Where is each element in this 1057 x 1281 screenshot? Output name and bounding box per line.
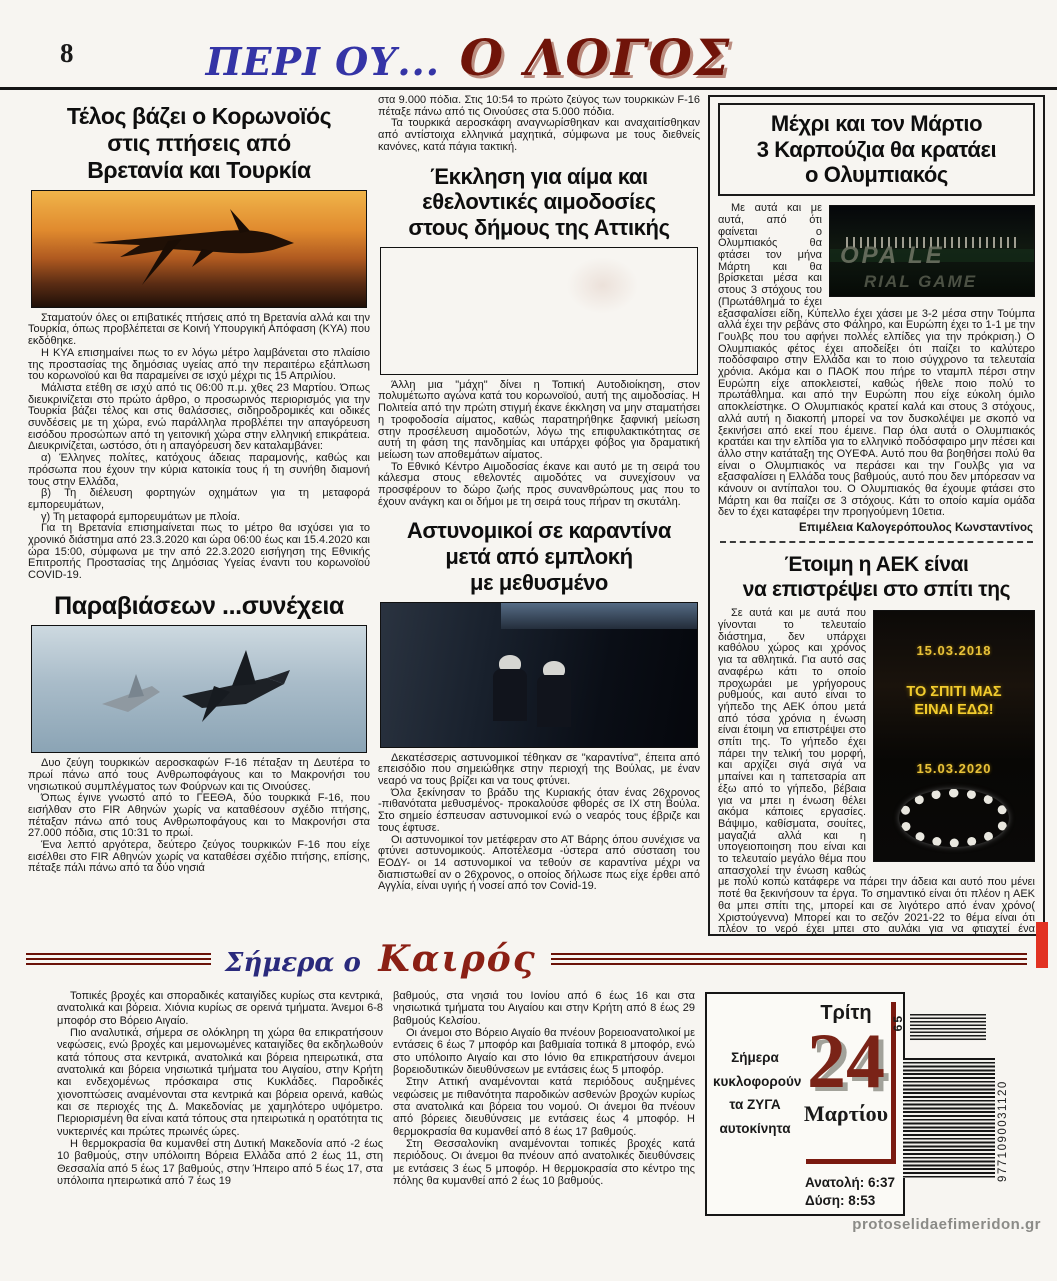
police-incident-photo bbox=[380, 602, 698, 748]
paragraph: Άλλη μια "μάχη" δίνει η Τοπική Αυτοδιοίκ… bbox=[378, 380, 700, 462]
aek-stadium-photo: 15.03.2018 ΤΟ ΣΠΙΤΙ ΜΑΣ ΕΙΝΑΙ ΕΔΩ! 15.03… bbox=[873, 610, 1035, 862]
article-violations-body: Δυο ζεύγη τουρκικών αεροσκαφών F-16 πέτα… bbox=[28, 758, 370, 875]
weather-column-2: βαθμούς, στα νησιά του Ιονίου από 6 έως … bbox=[393, 990, 695, 1242]
right-column: Μέχρι και τον Μάρτιο 3 Καρπούζια θα κρατ… bbox=[708, 95, 1045, 936]
barcode-issue-number: 65 bbox=[891, 1014, 905, 1031]
photo-highlight bbox=[555, 248, 650, 324]
articles-area: Τέλος βάζει ο Κορωνοϊός στις πτήσεις από… bbox=[0, 90, 1057, 936]
weather-banner: Σήμερα ο Καιρός bbox=[0, 936, 1057, 982]
sunrise-time: Ανατολή: 6:37 bbox=[805, 1174, 895, 1192]
barcode-number: 9771090031120 bbox=[997, 1054, 1009, 1182]
paragraph: βαθμούς, στα νησιά του Ιονίου από 6 έως … bbox=[393, 990, 695, 1027]
paragraph: Δυο ζεύγη τουρκικών αεροσκαφών F-16 πέτα… bbox=[28, 758, 370, 793]
police-figure bbox=[537, 675, 571, 727]
left-column: Τέλος βάζει ο Κορωνοϊός στις πτήσεις από… bbox=[28, 95, 370, 936]
masthead-left-text: ΠΕΡΙ ΟΥ... bbox=[206, 39, 440, 84]
headline-olympiacos: Μέχρι και τον Μάρτιο 3 Καρπούζια θα κρατ… bbox=[718, 103, 1035, 196]
article-police-body: Δεκατέσσερις αστυνομικοί τέθηκαν σε "καρ… bbox=[378, 753, 700, 893]
paragraph: στα 9.000 πόδια. Στις 10:54 το πρώτο ζεύ… bbox=[378, 95, 700, 118]
paragraph: Πιο αναλυτικά, σήμερα σε ολόκληρη τη χώρ… bbox=[57, 1027, 383, 1138]
weather-column-1: Τοπικές βροχές και σποραδικές καταιγίδες… bbox=[57, 990, 383, 1242]
headline-flights-ban: Τέλος βάζει ο Κορωνοϊός στις πτήσεις από… bbox=[28, 103, 370, 184]
aek-date-2020: 15.03.2020 bbox=[874, 761, 1034, 776]
sun-times: Ανατολή: 6:37 Δύση: 8:53 bbox=[805, 1174, 895, 1210]
police-figure bbox=[493, 669, 527, 721]
paragraph: Μάλιστα ετέθη σε ισχύ από τις 06:00 π.μ.… bbox=[28, 383, 370, 453]
aek-date-2018: 15.03.2018 bbox=[874, 643, 1034, 658]
calendar-month: Μαρτίου bbox=[795, 1101, 897, 1127]
paragraph: α) Έλληνες πολίτες, κατόχους άδειας παρα… bbox=[28, 453, 370, 488]
barcode-small bbox=[910, 1014, 986, 1041]
red-edge-mark bbox=[1036, 922, 1048, 968]
masthead: ΠΕΡΙ ΟΥ... Ο ΛΟΓΟΣ bbox=[0, 28, 937, 87]
paragraph: Οι αστυνομικοί τον μετέφεραν στο ΑΤ Βάρη… bbox=[378, 835, 700, 894]
calendar-box: Σήμερα κυκλοφορούν τα ΖΥΓΑ αυτοκίνητα Τρ… bbox=[705, 992, 905, 1216]
banner-rule-left bbox=[26, 953, 211, 966]
paragraph: Τοπικές βροχές και σποραδικές καταιγίδες… bbox=[57, 990, 383, 1027]
europa-overlay-text: OPA LE bbox=[840, 242, 945, 270]
barcode-large bbox=[903, 1058, 995, 1178]
paragraph: Όπως έγινε γνωστό από το ΓΕΕΘΑ, δύο τουρ… bbox=[28, 793, 370, 840]
newspaper-page: 8 ΠΕΡΙ ΟΥ... Ο ΛΟΓΟΣ Τέλος βάζει ο Κορων… bbox=[0, 0, 1057, 1281]
aek-slogan: ΤΟ ΣΠΙΤΙ ΜΑΣ ΕΙΝΑΙ ΕΔΩ! bbox=[874, 683, 1034, 719]
paragraph: Δεκατέσσερις αστυνομικοί τέθηκαν σε "καρ… bbox=[378, 753, 700, 788]
article-flights-body: Σταματούν όλες οι επιβατικές πτήσεις από… bbox=[28, 313, 370, 582]
f16-jets-photo bbox=[31, 625, 367, 753]
banner-rule-right bbox=[551, 953, 1027, 966]
headline-blood-donation: Έκκληση για αίμα και εθελοντικές αιμοδοσ… bbox=[378, 164, 700, 241]
paragraph: Τα τουρκικά αεροσκάφη αναγνωρίσθηκαν και… bbox=[378, 118, 700, 153]
dashed-separator bbox=[720, 541, 1033, 543]
paragraph: Η ΚΥΑ επισημαίνει πως το εν λόγω μέτρο λ… bbox=[28, 348, 370, 383]
paragraph: Για τη Βρετανία επισημαίνεται πως το μέτ… bbox=[28, 523, 370, 582]
blood-donation-photo bbox=[380, 247, 698, 375]
aek-stadium-ring bbox=[899, 789, 1009, 847]
weather-title-prefix: Σήμερα ο bbox=[225, 948, 361, 978]
paragraph: Η θερμοκρασία θα κυμανθεί στη Δυτική Μακ… bbox=[57, 1138, 383, 1187]
calendar-day-number: 24 bbox=[795, 1025, 897, 1097]
police-bus-roof bbox=[501, 603, 697, 629]
sunset-time: Δύση: 8:53 bbox=[805, 1192, 895, 1210]
article-blood-body: Άλλη μια "μάχη" δίνει η Τοπική Αυτοδιοίκ… bbox=[378, 380, 700, 509]
paragraph: Στη Θεσσαλονίκη αναμένονται τοπικές βροχ… bbox=[393, 1138, 695, 1187]
paragraph: Στην Αττική αναμένονται κατά περιόδους α… bbox=[393, 1076, 695, 1138]
article-olympiacos-body: OPA LE RIAL GAME Με αυτά και με αυτά, απ… bbox=[718, 203, 1035, 534]
paragraph: Οι άνεμοι στο Βόρειο Αιγαίο θα πνέουν βο… bbox=[393, 1027, 695, 1076]
airplane-sunset-photo bbox=[31, 190, 367, 308]
middle-column: στα 9.000 πόδια. Στις 10:54 το πρώτο ζεύ… bbox=[378, 95, 700, 936]
headline-aek: Έτοιμη η ΑΕΚ είναι να επιστρέψει στο σπί… bbox=[718, 553, 1035, 602]
masthead-right-text: Ο ΛΟΓΟΣ bbox=[460, 28, 732, 87]
weather-title: Σήμερα ο Καιρός bbox=[211, 938, 551, 980]
page-header: 8 ΠΕΡΙ ΟΥ... Ο ΛΟΓΟΣ bbox=[0, 0, 1057, 90]
odd-even-traffic-note: Σήμερα κυκλοφορούν τα ΖΥΓΑ αυτοκίνητα bbox=[713, 1046, 797, 1141]
paragraph: Όλα ξεκίνησαν το βράδυ της Κυριακής όταν… bbox=[378, 788, 700, 835]
weather-title-main: Καιρός bbox=[378, 938, 536, 980]
paragraph: β) Τη διέλευση φορτηγών οχημάτων για τη … bbox=[28, 488, 370, 511]
europa-overlay-text: RIAL GAME bbox=[864, 272, 977, 292]
byline-konstantinos: Επιμέλεια Καλογερόπουλος Κωνσταντίνος bbox=[718, 522, 1033, 534]
violations-continuation: στα 9.000 πόδια. Στις 10:54 το πρώτο ζεύ… bbox=[378, 95, 700, 154]
headline-violations: Παραβιάσεων ...συνέχεια bbox=[28, 592, 370, 621]
f16-silhouettes bbox=[32, 626, 367, 753]
paragraph: Ένα λεπτό αργότερα, δεύτερο ζεύγος τουρκ… bbox=[28, 840, 370, 875]
watermark-site-url: protoselidaefimeridon.gr bbox=[852, 1216, 1041, 1233]
headline-police-quarantine: Αστυνομικοί σε καραντίνα μετά από εμπλοκ… bbox=[378, 518, 700, 595]
paragraph: Σταματούν όλες οι επιβατικές πτήσεις από… bbox=[28, 313, 370, 348]
article-aek-body: 15.03.2018 ΤΟ ΣΠΙΤΙ ΜΑΣ ΕΙΝΑΙ ΕΔΩ! 15.03… bbox=[718, 608, 1035, 936]
bottom-section: Τοπικές βροχές και σποραδικές καταιγίδες… bbox=[0, 982, 1057, 1242]
date-and-barcode-area: Σήμερα κυκλοφορούν τα ΖΥΓΑ αυτοκίνητα Τρ… bbox=[705, 990, 1047, 1242]
paragraph: Το Εθνικό Κέντρο Αιμοδοσίας έκανε και αυ… bbox=[378, 462, 700, 509]
europa-league-photo: OPA LE RIAL GAME bbox=[829, 205, 1035, 297]
airplane-silhouette bbox=[32, 191, 367, 308]
calendar-date: Τρίτη 24 Μαρτίου bbox=[795, 1002, 897, 1127]
